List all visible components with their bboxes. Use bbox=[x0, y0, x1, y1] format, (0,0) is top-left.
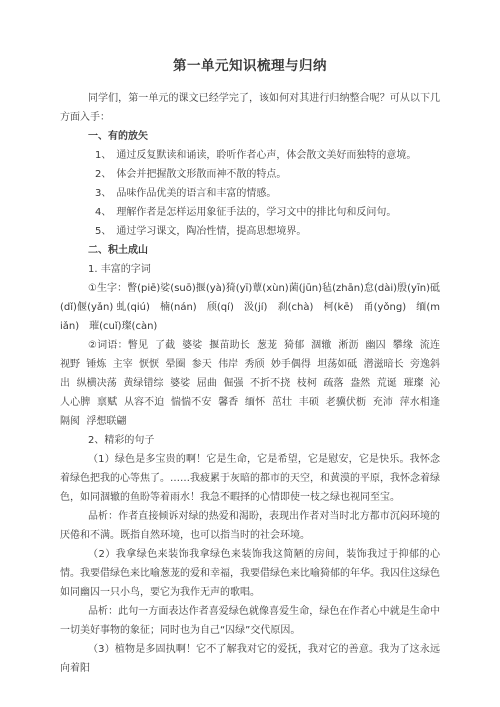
goal-item-4: 4、 理解作者是怎样运用象征手法的，学习文中的排比句和反问句。 bbox=[60, 203, 440, 222]
page-title: 第一单元知识梳理与归纳 bbox=[60, 56, 440, 76]
section-heading-goals: 一、有的放矢 bbox=[60, 127, 440, 146]
section-heading-accumulation: 二、积土成山 bbox=[60, 241, 440, 260]
sentence-analysis-2: 品析：此句一方面表达作者喜爱绿色就像喜爱生命，绿色在作者心中就是生命中一切美好事… bbox=[60, 602, 440, 640]
goal-item-1: 1、 通过反复默读和诵读，聆听作者心声，体会散文美好而独特的意境。 bbox=[60, 146, 440, 165]
document-page: 第一单元知识梳理与归纳 同学们，第一单元的课文已经学完了，该如何对其进行归纳整合… bbox=[0, 0, 500, 707]
characters-label: ①生字： bbox=[88, 283, 127, 294]
goal-item-3: 3、 品味作品优美的语言和丰富的情感。 bbox=[60, 184, 440, 203]
goal-item-2: 2、 体会并把握散文形散而神不散的特点。 bbox=[60, 165, 440, 184]
sentence-quote-3: （3）植物是多固执啊！它不了解我对它的爱抚，我对它的善意。我为了这永远向着阳 bbox=[60, 640, 440, 678]
goal-item-5: 5、 通过学习课文，陶冶性情，提高思想境界。 bbox=[60, 222, 440, 241]
sentence-analysis-1: 品析：作者直接倾诉对绿的热爱和渴盼，表现出作者对当时北方都市沉闷环境的厌倦和不满… bbox=[60, 507, 440, 545]
words-line: ②词语：瞥见 了截 婆娑 揠苗助长 葱茏 猗郁 涸辙 淅沥 幽囚 攀缘 流连 视… bbox=[60, 336, 440, 431]
sentences-subheading: 2、精彩的句子 bbox=[60, 431, 440, 450]
words-label: ②词语： bbox=[88, 340, 128, 351]
intro-paragraph: 同学们，第一单元的课文已经学完了，该如何对其进行归纳整合呢？可从以下几方面入手： bbox=[60, 89, 440, 127]
vocab-subheading: 1. 丰富的字词 bbox=[60, 260, 440, 279]
sentence-quote-1: （1）绿色是多宝贵的啊！它是生命，它是希望，它是慰安，它是快乐。我怀念着绿色把我… bbox=[60, 450, 440, 507]
characters-line: ①生字：瞥(piē)娑(suō)揠(yà)猗(yī)蕈(xùn)菌(jūn)毡(… bbox=[60, 279, 440, 336]
sentence-quote-2: （2）我拿绿色来装饰我拿绿色来装饰我这简陋的房间，装饰我过于抑郁的心情。我要借绿… bbox=[60, 545, 440, 602]
words-list: 瞥见 了截 婆娑 揠苗助长 葱茏 猗郁 涸辙 淅沥 幽囚 攀缘 流连 视野 锤炼… bbox=[60, 340, 446, 427]
